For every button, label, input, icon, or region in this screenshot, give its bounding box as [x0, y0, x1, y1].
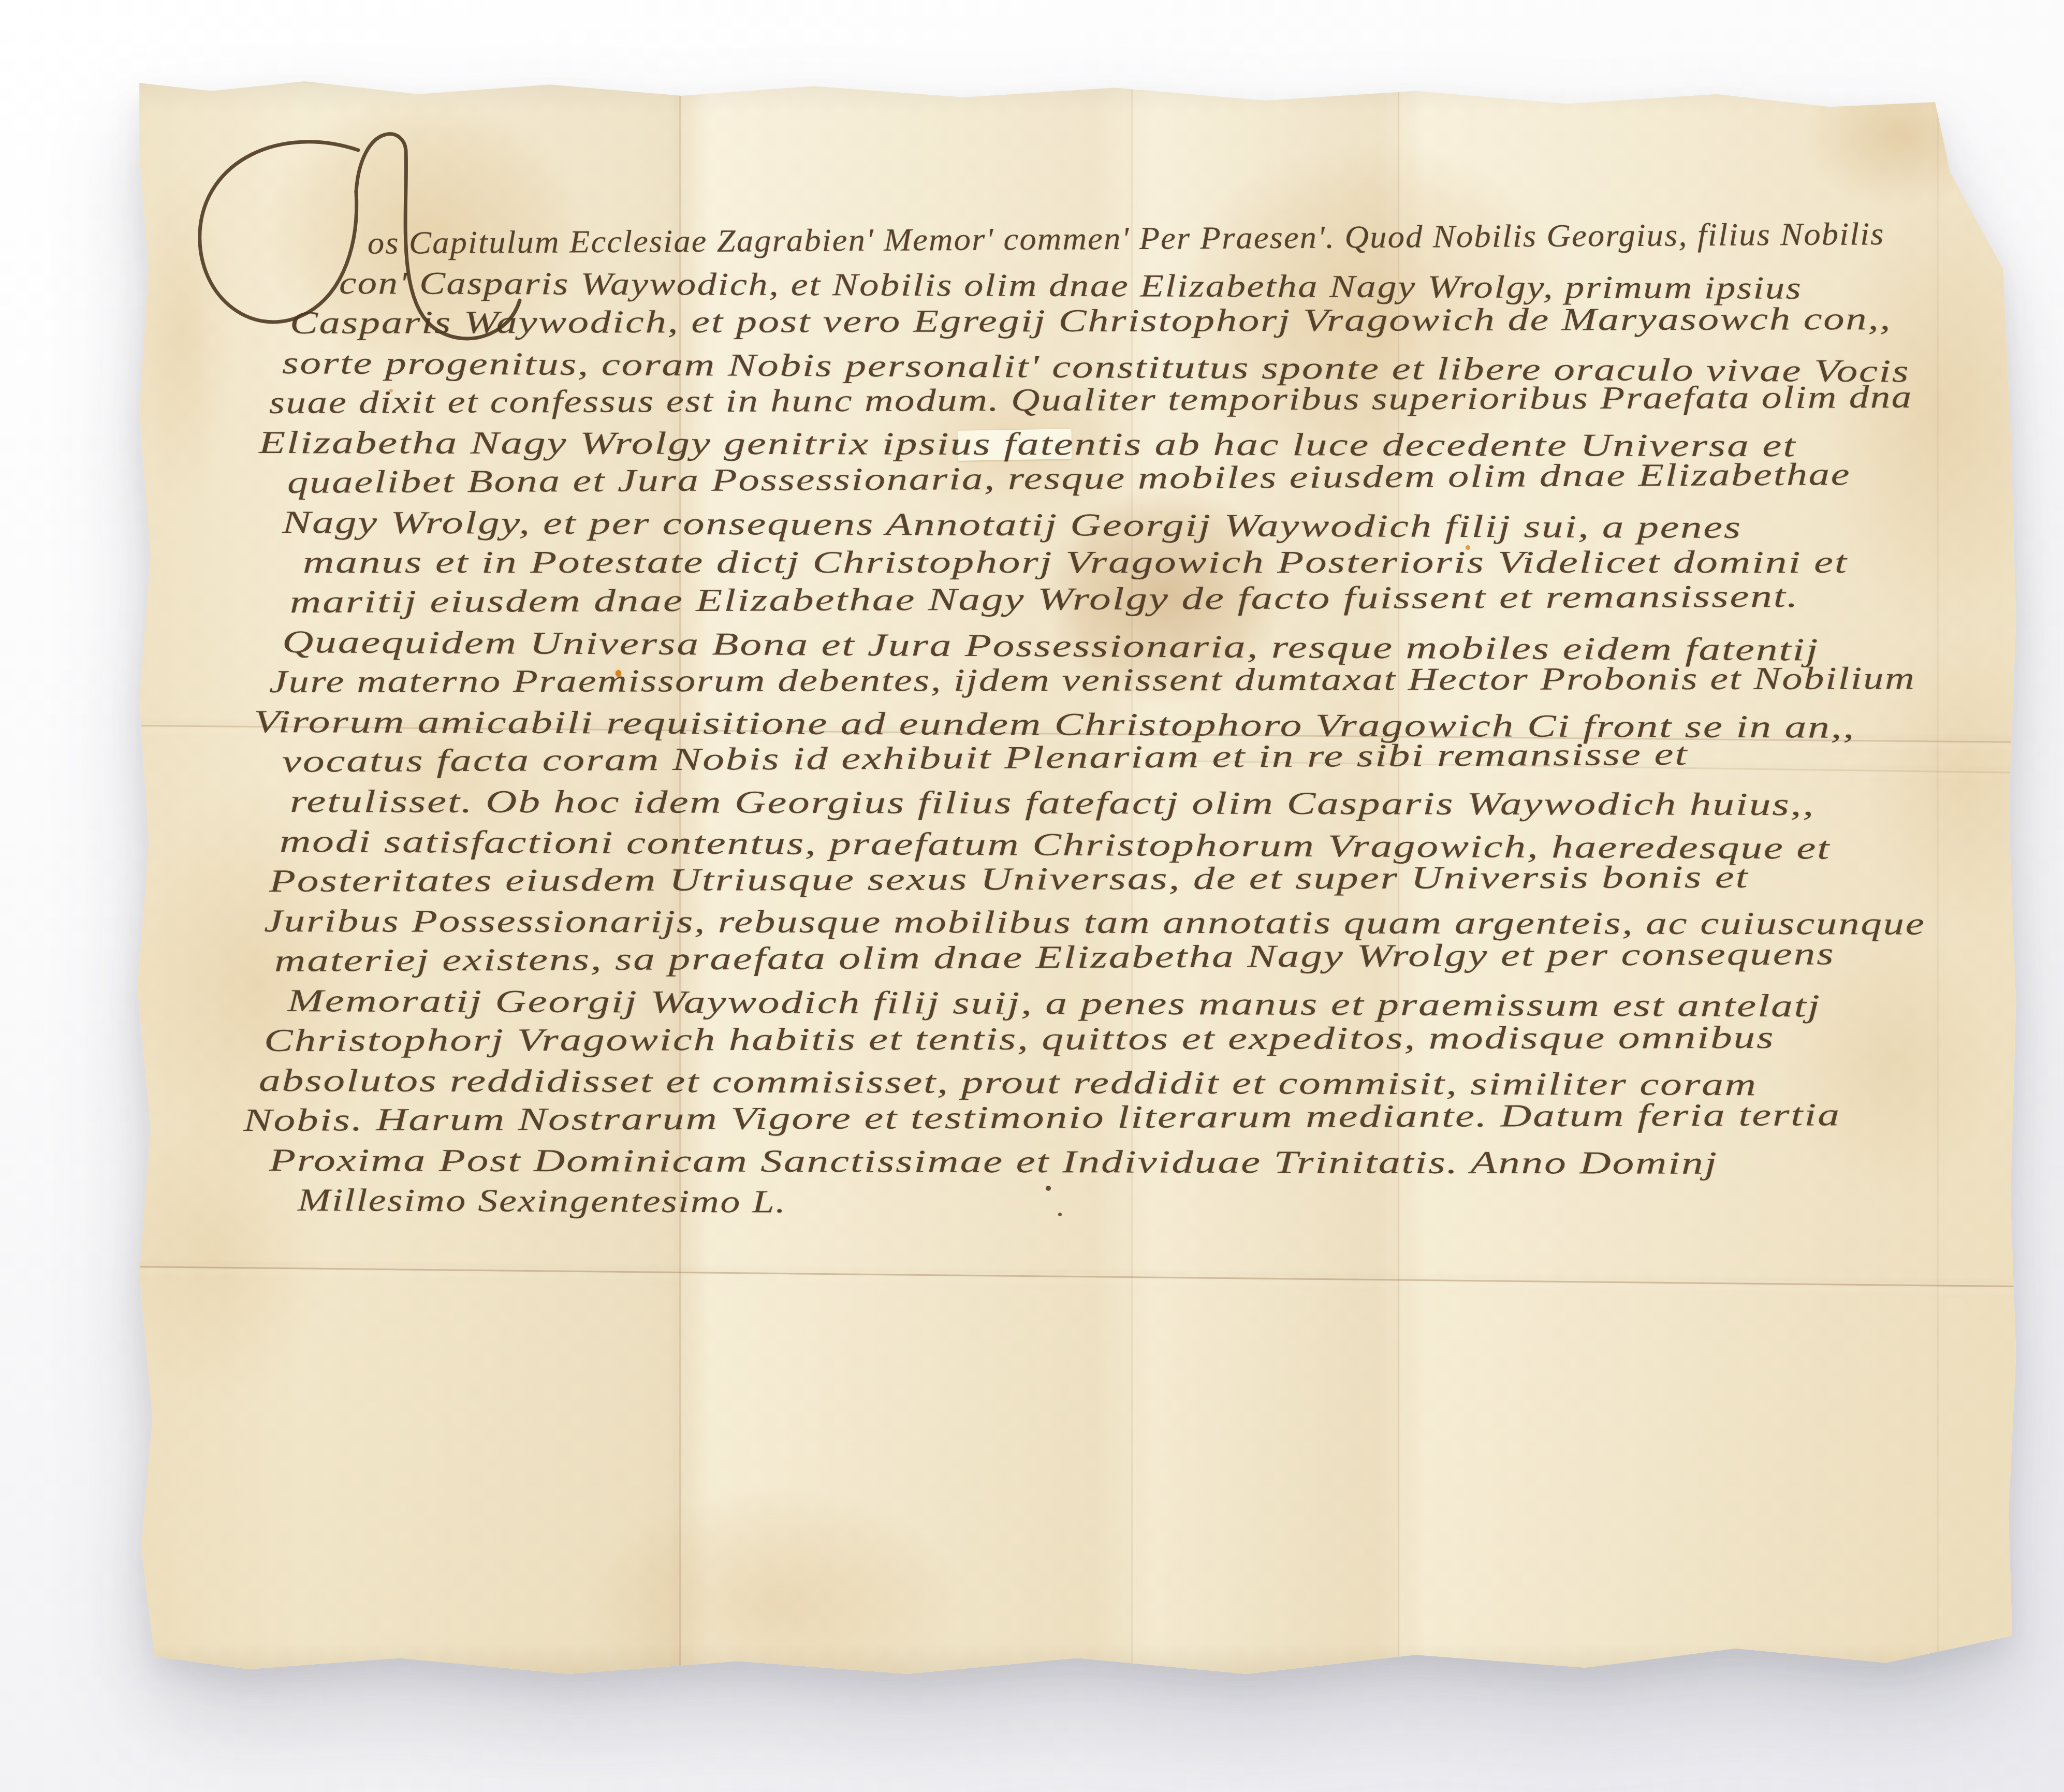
manuscript-line: Nobis. Harum Nostrarum Vigore et testimo… [243, 1101, 1941, 1141]
manuscript-line: materiej existens, sa praefata olim dnae… [274, 941, 1941, 981]
manuscript-line: Quaequidem Universa Bona et Jura Possess… [282, 622, 1941, 662]
manuscript-line: Proxima Post Dominicam Sanctissimae et I… [269, 1141, 1941, 1181]
manuscript-line: sorte progenitus, coram Nobis personalit… [282, 343, 1941, 383]
manuscript-line: modi satisfactioni contentus, praefatum … [280, 822, 1941, 862]
manuscript-line: suae dixit et confessus est in hunc modu… [269, 383, 1941, 423]
manuscript-text: os Capitulum Ecclesiae Zagrabien' Memor'… [248, 224, 1941, 1220]
manuscript-line: Millesimo Sexingentesimo L. [298, 1181, 1941, 1220]
manuscript-line: vocatus facta coram Nobis id exhibuit Pl… [282, 742, 1941, 782]
manuscript-line: quaelibet Bona et Jura Possessionaria, r… [287, 463, 1941, 503]
document-sheet-wrapper: N os Capitulum Ecclesiae Zagrabien' Memo… [136, 77, 2018, 1674]
manuscript-line: Posteritates eiusdem Utriusque sexus Uni… [269, 862, 1941, 901]
document-sheet: N os Capitulum Ecclesiae Zagrabien' Memo… [136, 77, 2018, 1674]
manuscript-line: con' Casparis Waywodich, et Nobilis olim… [339, 264, 1941, 303]
manuscript-line: os Capitulum Ecclesiae Zagrabien' Memor'… [368, 224, 1941, 264]
manuscript-line: Nagy Wrolgy, et per consequens Annotatij… [282, 503, 1941, 543]
manuscript-line: Casparis Waywodich, et post vero Egregij… [290, 303, 1941, 343]
manuscript-line: absolutos reddidisset et commisisset, pr… [259, 1061, 1941, 1101]
manuscript-line: Christophorj Vragowich habitis et tentis… [264, 1021, 1941, 1061]
manuscript-line: retulisset. Ob hoc idem Georgius filius … [290, 782, 1941, 822]
manuscript-line: Memoratij Georgij Waywodich filij suij, … [287, 981, 1941, 1021]
manuscript-line: manus et in Potestate dictj Christophorj… [303, 543, 1941, 582]
manuscript-line: Jure materno Praemissorum debentes, ijde… [269, 662, 1941, 702]
fold-crease-horizontal-3 [136, 1266, 2018, 1287]
page-background: N os Capitulum Ecclesiae Zagrabien' Memo… [0, 0, 2064, 1792]
manuscript-line: maritij eiusdem dnae Elizabethae Nagy Wr… [290, 582, 1941, 622]
